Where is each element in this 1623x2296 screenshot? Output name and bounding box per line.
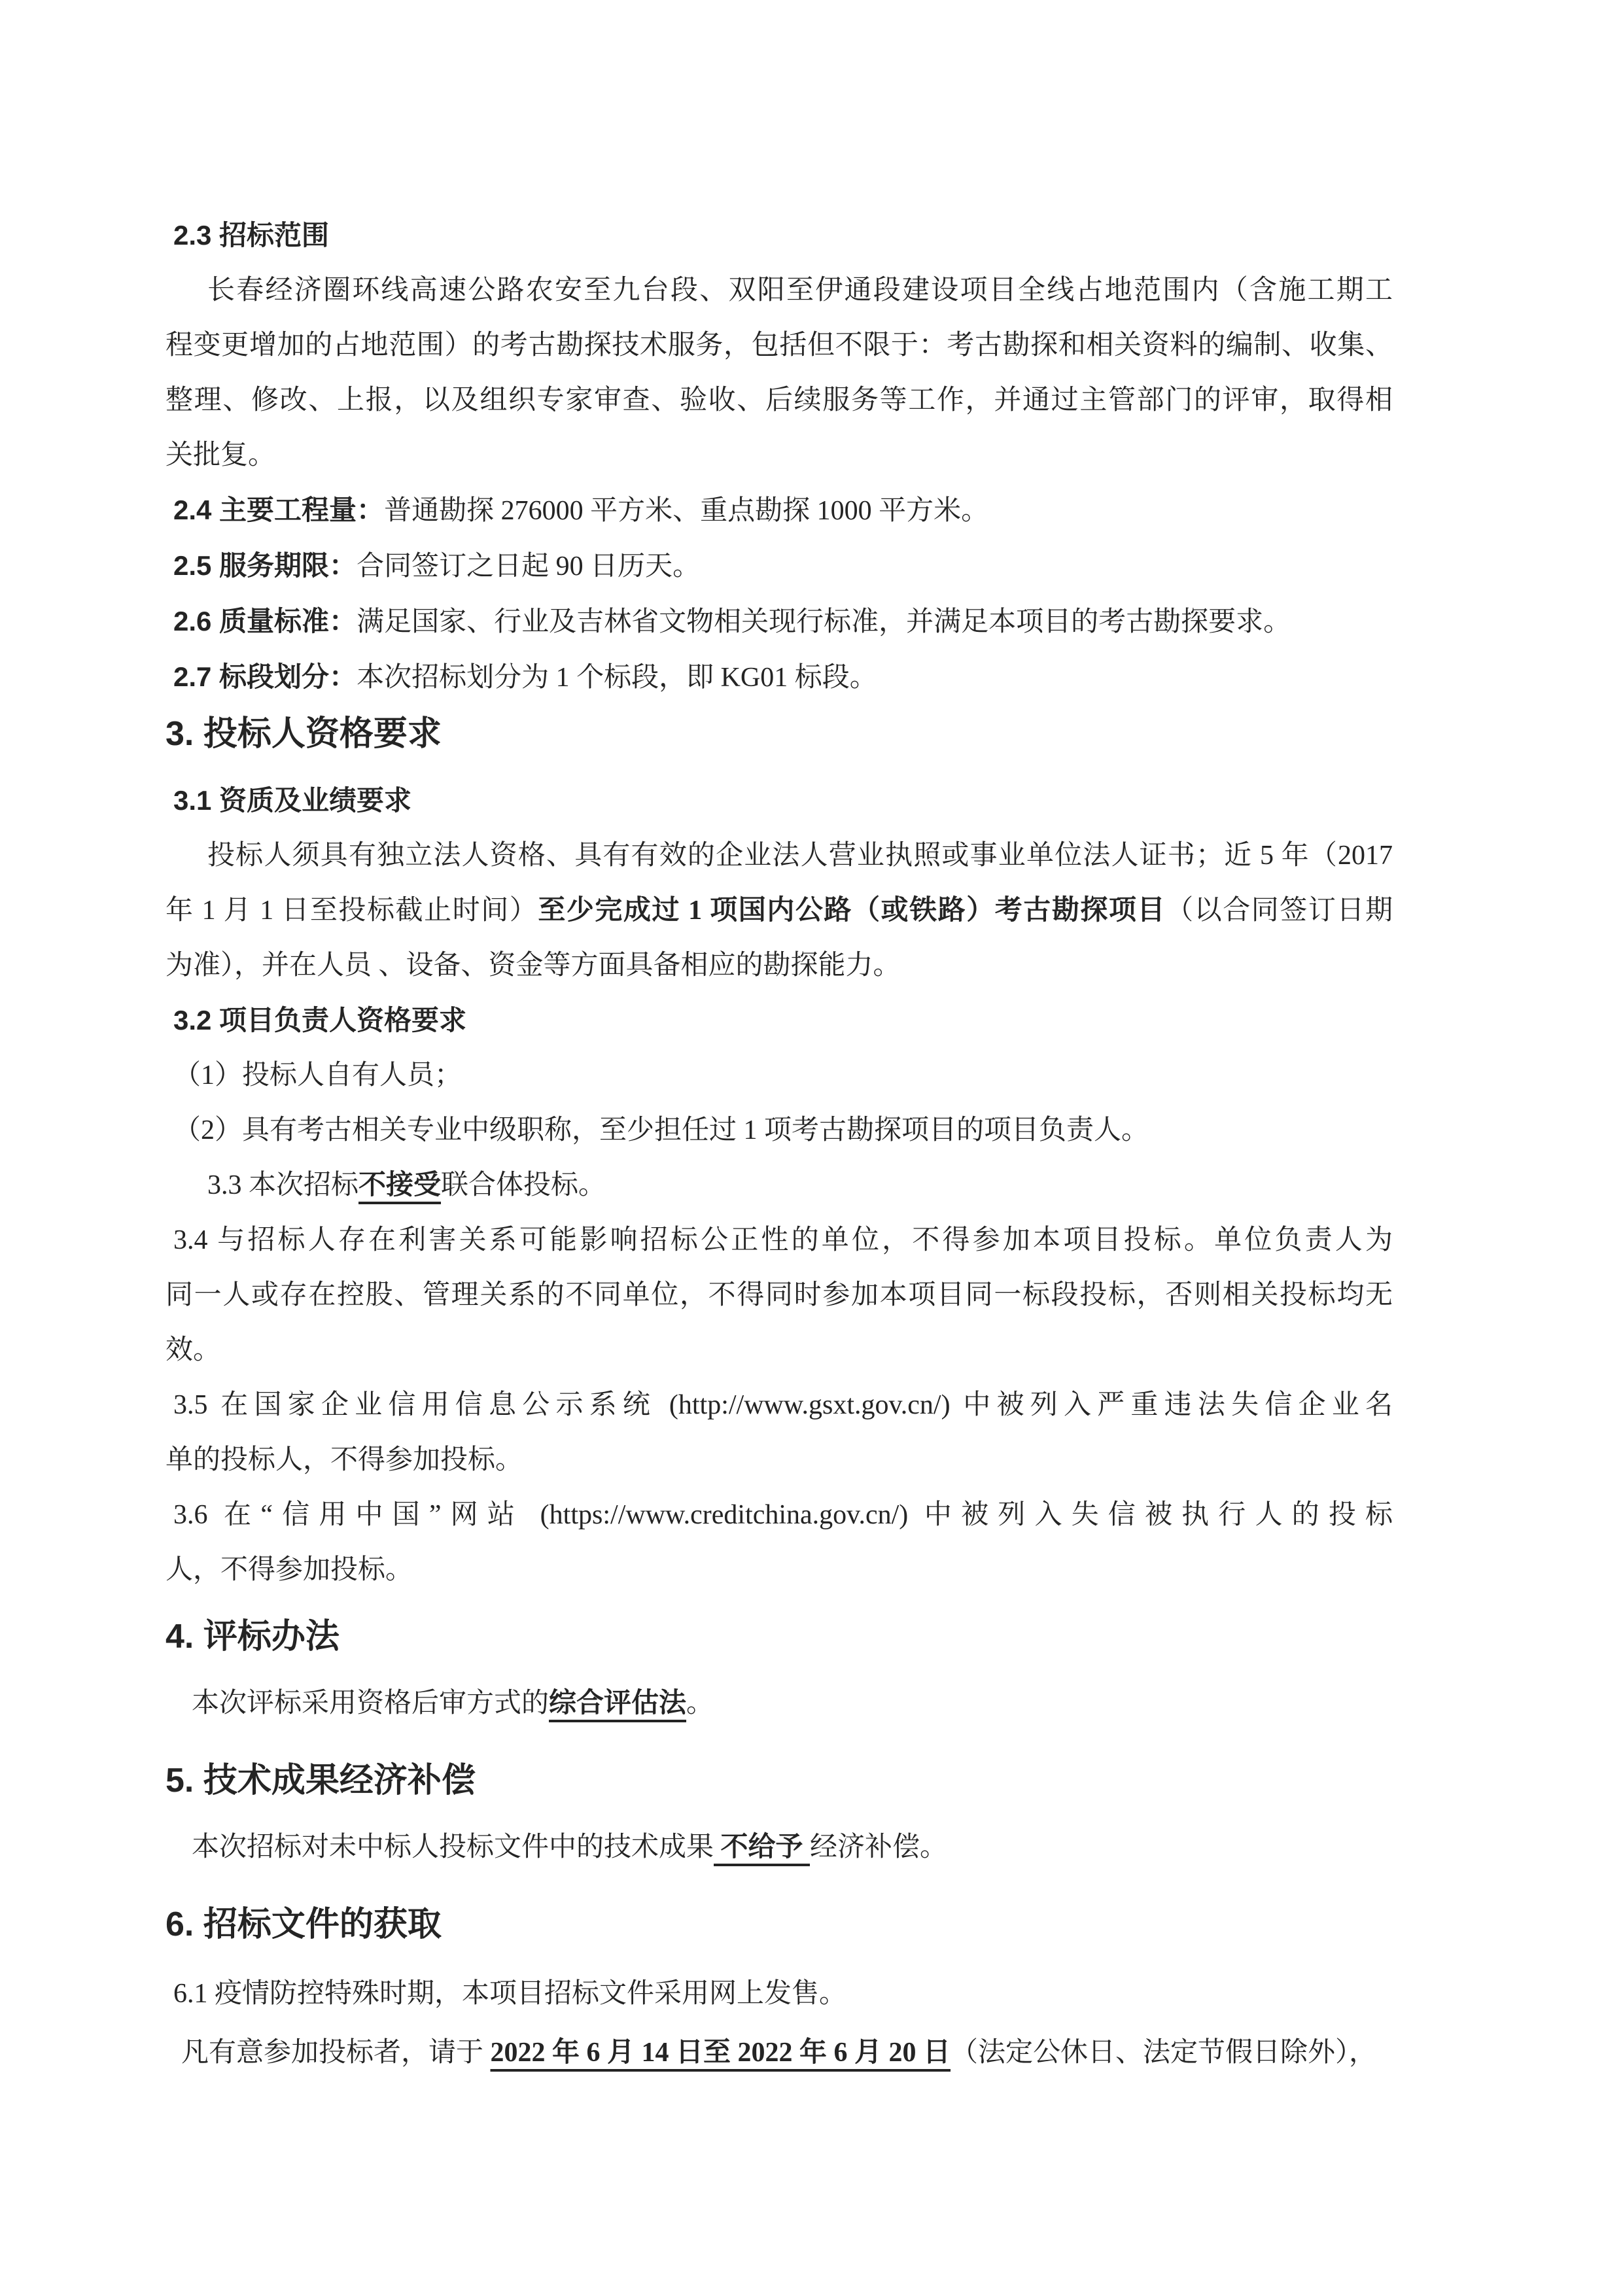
section-3-1-paragraph-line: 年 1 月 1 日至投标截止时间）至少完成过 1 项国内公路（或铁路）考古勘探项… bbox=[166, 883, 1393, 938]
section-3-1-title: 3.1 资质及业绩要求 bbox=[166, 773, 1393, 828]
section-3-5-paragraph-line: 3.5 在国家企业信用信息公示系统 (http://www.gsxt.gov.c… bbox=[166, 1378, 1393, 1433]
section-6-2-text-run: （法定公休日、法定节假日除外）， bbox=[951, 2038, 1376, 2068]
section-6-2-date-range-emphasis: 2022 年 6 月 14 日至 2022 年 6 月 20 日 bbox=[491, 2038, 951, 2068]
section-3-5-paragraph-line: 单的投标人，不得参加投标。 bbox=[166, 1433, 1393, 1487]
section-3-2-title: 3.2 项目负责人资格要求 bbox=[166, 993, 1393, 1048]
section-3-4-paragraph-line: 效。 bbox=[166, 1323, 1393, 1378]
section-3-3-text-run: 3.3 本次招标 bbox=[207, 1170, 358, 1200]
section-2-5-label: 2.5 服务期限： bbox=[173, 550, 357, 581]
section-2-3-paragraph-line: 整理、修改、上报，以及组织专家审查、验收、后续服务等工作，并通过主管部门的评审，… bbox=[166, 373, 1393, 428]
section-3-1-text-run: 年 1 月 1 日至投标截止时间） bbox=[166, 896, 538, 926]
section-2-7-text: 本次招标划分为 1 个标段，即 KG01 标段。 bbox=[357, 663, 877, 693]
section-4-paragraph: 本次评标采用资格后审方式的综合评估法。 bbox=[166, 1676, 1393, 1731]
section-2-3-paragraph-line: 关批复。 bbox=[166, 428, 1393, 483]
section-2-4-item: 2.4 主要工程量：普通勘探 276000 平方米、重点勘探 1000 平方米。 bbox=[166, 483, 1393, 538]
section-6-title: 6. 招标文件的获取 bbox=[166, 1892, 1393, 1957]
section-2-6-item: 2.6 质量标准：满足国家、行业及吉林省文物相关现行标准，并满足本项目的考古勘探… bbox=[166, 594, 1393, 650]
section-3-6-paragraph-line: 3.6 在“信用中国”网站 (https://www.creditchina.g… bbox=[166, 1487, 1393, 1542]
section-3-4-paragraph-line: 3.4 与招标人存在利害关系可能影响招标公正性的单位，不得参加本项目投标。单位负… bbox=[166, 1213, 1393, 1268]
section-3-3-not-accept-emphasis: 不接受 bbox=[358, 1170, 441, 1200]
section-5-no-compensation-emphasis: 不给予 bbox=[714, 1832, 810, 1862]
section-2-5-item: 2.5 服务期限：合同签订之日起 90 日历天。 bbox=[166, 538, 1393, 594]
section-2-6-label: 2.6 质量标准： bbox=[173, 606, 357, 636]
section-2-7-label: 2.7 标段划分： bbox=[173, 661, 357, 692]
section-4-evaluation-method-emphasis: 综合评估法 bbox=[549, 1688, 686, 1718]
document-page: 2.3 招标范围 长春经济圈环线高速公路农安至九台段、双阳至伊通段建设项目全线占… bbox=[0, 0, 1623, 2296]
section-5-paragraph: 本次招标对未中标人投标文件中的技术成果 不给予 经济补偿。 bbox=[166, 1820, 1393, 1875]
section-3-6-paragraph-line: 人，不得参加投标。 bbox=[166, 1542, 1393, 1597]
section-3-1-paragraph-line: 投标人须具有独立法人资格、具有有效的企业法人营业执照或事业单位法人证书；近 5 … bbox=[166, 828, 1393, 883]
section-4-text-run: 本次评标采用资格后审方式的 bbox=[192, 1688, 549, 1718]
section-5-title: 5. 技术成果经济补偿 bbox=[166, 1748, 1393, 1813]
section-3-4-paragraph-line: 同一人或存在控股、管理关系的不同单位，不得同时参加本项目同一标段投标，否则相关投… bbox=[166, 1268, 1393, 1323]
section-2-4-label: 2.4 主要工程量： bbox=[173, 495, 384, 525]
section-6-1-item: 6.1 疫情防控特殊时期，本项目招标文件采用网上发售。 bbox=[166, 1966, 1393, 2021]
section-2-3-paragraph-line: 长春经济圈环线高速公路农安至九台段、双阳至伊通段建设项目全线占地范围内（含施工期… bbox=[166, 263, 1393, 318]
section-3-1-paragraph-line: 为准），并在人员 、设备、资金等方面具备相应的勘探能力。 bbox=[166, 938, 1393, 993]
section-3-3-item: 3.3 本次招标不接受联合体投标。 bbox=[166, 1158, 1393, 1213]
section-3-2-item-2: （2）具有考古相关专业中级职称，至少担任过 1 项考古勘探项目的项目负责人。 bbox=[166, 1103, 1393, 1158]
section-2-6-text: 满足国家、行业及吉林省文物相关现行标准，并满足本项目的考古勘探要求。 bbox=[357, 607, 1291, 637]
section-5-text-run: 本次招标对未中标人投标文件中的技术成果 bbox=[192, 1832, 714, 1862]
section-2-3-title: 2.3 招标范围 bbox=[166, 208, 1393, 263]
section-2-3-paragraph-line: 程变更增加的占地范围）的考古勘探技术服务，包括但不限于：考古勘探和相关资料的编制… bbox=[166, 318, 1393, 373]
section-3-title: 3. 投标人资格要求 bbox=[166, 701, 1393, 767]
section-2-7-item: 2.7 标段划分：本次招标划分为 1 个标段，即 KG01 标段。 bbox=[166, 650, 1393, 705]
section-3-3-text-run: 联合体投标。 bbox=[441, 1170, 606, 1200]
section-3-1-text-run: （以合同签订日期 bbox=[1166, 896, 1393, 926]
section-4-text-run: 。 bbox=[686, 1688, 714, 1718]
section-4-title: 4. 评标办法 bbox=[166, 1604, 1393, 1669]
section-2-4-text: 普通勘探 276000 平方米、重点勘探 1000 平方米。 bbox=[384, 496, 988, 526]
section-6-2-paragraph: 凡有意参加投标者，请于 2022 年 6 月 14 日至 2022 年 6 月 … bbox=[166, 2025, 1393, 2080]
section-3-1-bold-requirement: 至少完成过 1 项国内公路（或铁路）考古勘探项目 bbox=[538, 896, 1166, 926]
section-5-text-run: 经济补偿。 bbox=[810, 1832, 947, 1862]
section-2-5-text: 合同签订之日起 90 日历天。 bbox=[357, 551, 700, 582]
section-3-2-item-1: （1）投标人自有人员； bbox=[166, 1048, 1393, 1103]
section-6-2-text-run: 凡有意参加投标者，请于 bbox=[181, 2038, 491, 2068]
